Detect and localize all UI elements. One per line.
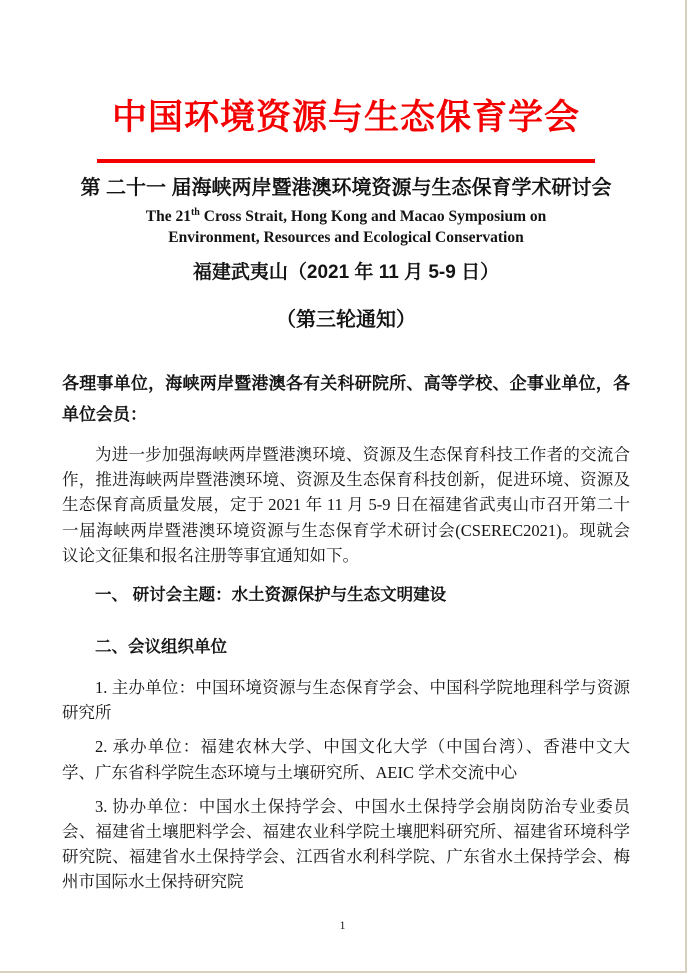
section-heading-topic: 一、 研讨会主题：水土资源保护与生态文明建设: [62, 582, 630, 608]
intro-paragraph: 为进一步加强海峡两岸暨港澳环境、资源及生态保育科技工作者的交流合作，推进海峡两岸…: [62, 442, 630, 568]
organizer-item-undertaker: 2. 承办单位：福建农林大学、中国文化大学（中国台湾）、香港中文大学、广东省科学…: [62, 734, 630, 784]
page-number: 1: [0, 918, 685, 933]
document-content: 中国环境资源与生态保育学会 第 二十一 届海峡两岸暨港澳环境资源与生态保育学术研…: [0, 93, 685, 895]
conference-title-en-line1: The 21th Cross Strait, Hong Kong and Mac…: [62, 206, 630, 227]
salutation: 各理事单位，海峡两岸暨港澳各有关科研院所、高等学校、企事业单位，各单位会员：: [62, 368, 630, 430]
venue-date: 福建武夷山（2021 年 11 月 5-9 日）: [62, 260, 630, 286]
section-heading-organizers: 二、会议组织单位: [62, 634, 630, 660]
organizer-item-host: 1. 主办单位：中国环境资源与生态保育学会、中国科学院地理科学与资源研究所: [62, 675, 630, 725]
red-divider: [97, 159, 595, 163]
notice-round: （第三轮通知）: [62, 306, 630, 334]
document-page: 中国环境资源与生态保育学会 第 二十一 届海峡两岸暨港澳环境资源与生态保育学术研…: [0, 0, 687, 973]
ordinal-superscript: th: [191, 207, 200, 218]
organizer-item-coorganizer: 3. 协办单位：中国水土保持学会、中国水土保持学会崩岗防治专业委员会、福建省土壤…: [62, 794, 630, 895]
conference-title-en-line2: Environment, Resources and Ecological Co…: [62, 227, 630, 248]
conference-title-en-line1-pre: The 21: [146, 208, 191, 225]
conference-title-en-line1-post: Cross Strait, Hong Kong and Macao Sympos…: [200, 208, 546, 225]
society-title: 中国环境资源与生态保育学会: [62, 93, 630, 142]
conference-title-en: The 21th Cross Strait, Hong Kong and Mac…: [62, 206, 630, 248]
conference-title-cn: 第 二十一 届海峡两岸暨港澳环境资源与生态保育学术研讨会: [62, 174, 630, 202]
